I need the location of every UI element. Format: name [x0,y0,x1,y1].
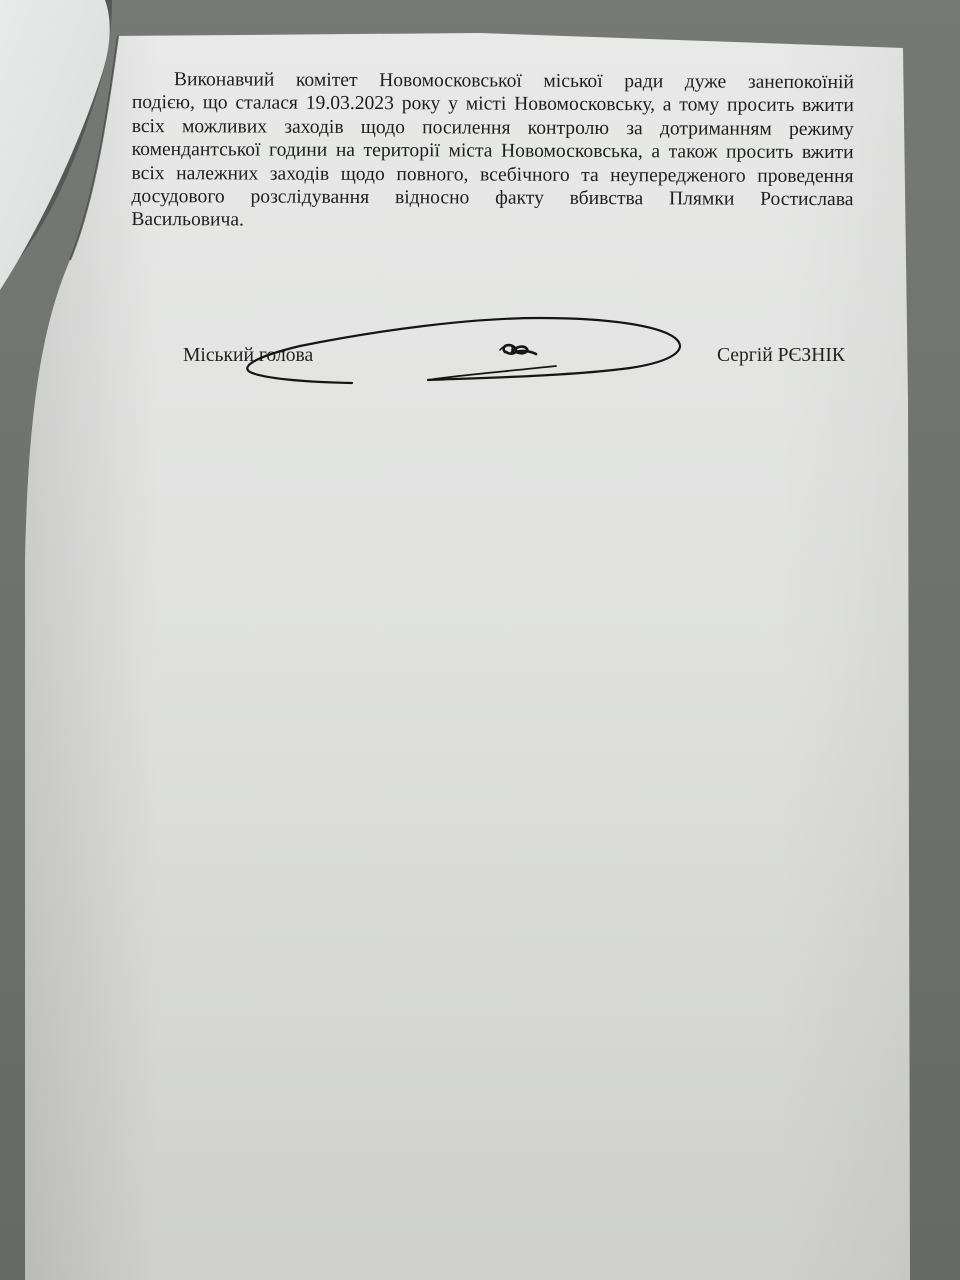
letter-body: Виконавчий комітет Новомосковської міськ… [131,68,854,235]
paragraph-line: подією, що сталася 19.03.2023 року у міс… [132,91,854,118]
paragraph-line: Васильовича. [131,208,853,235]
paragraph-line: комендантської години на території міста… [132,138,854,165]
paragraph-line: всіх належних заходів щодо повного, всеб… [131,162,853,189]
main-paragraph: Виконавчий комітет Новомосковської міськ… [131,68,854,235]
signatory-title: Міський голова [183,345,313,367]
paragraph-line: досудового розслідування відносно факту … [131,185,853,212]
signatory-name: Сергій РЄЗНІК [717,345,845,367]
paragraph-line: всіх можливих заходів щодо посилення кон… [132,115,854,142]
paragraph-line: Виконавчий комітет Новомосковської міськ… [132,68,854,95]
